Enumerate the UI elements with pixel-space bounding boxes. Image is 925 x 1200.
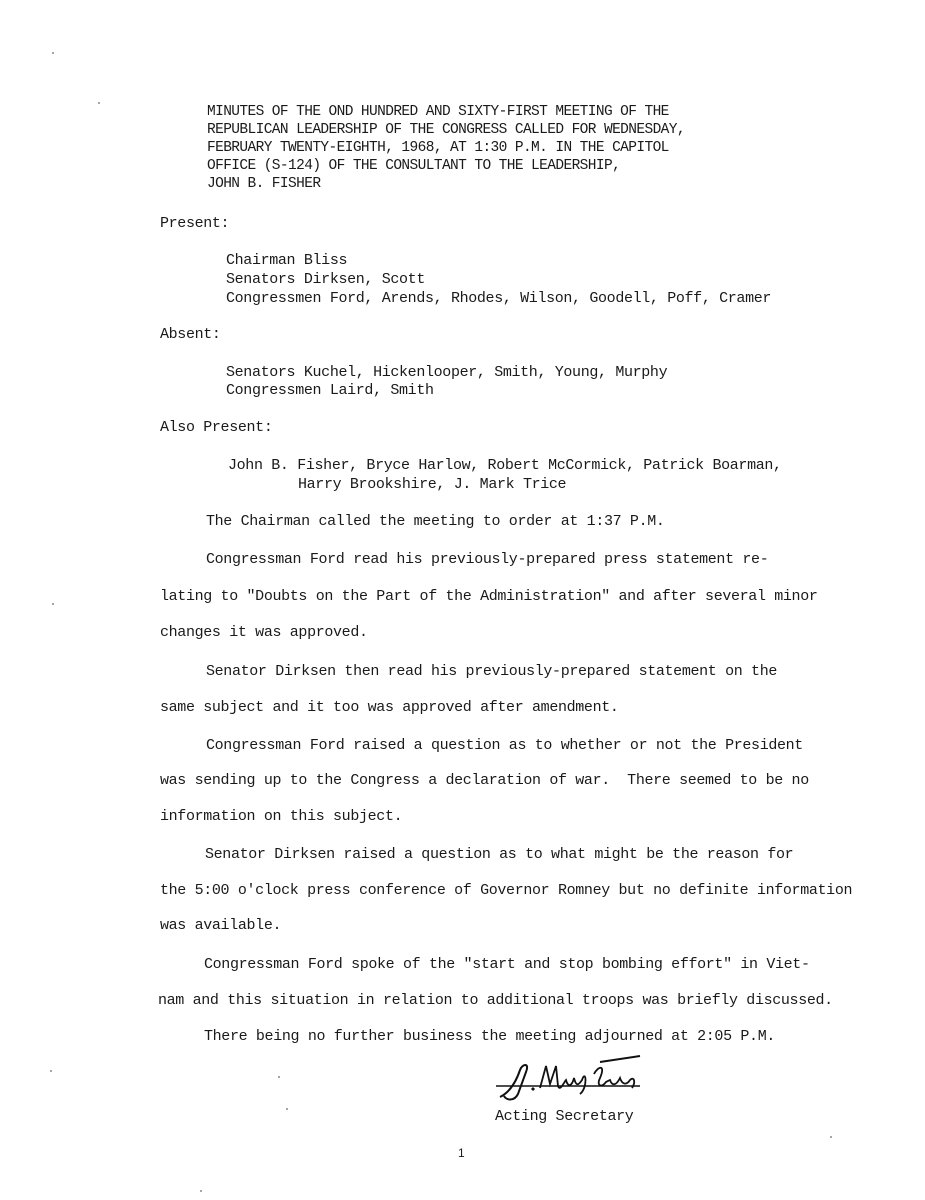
also-present-item: John B. Fisher, Bryce Harlow, Robert McC… [228, 457, 782, 474]
paragraph-adjourn: There being no further business the meet… [204, 1028, 775, 1045]
page-number: 1 [458, 1146, 465, 1160]
scan-speck [286, 1108, 288, 1110]
scan-speck [52, 52, 54, 54]
paragraph-ford-statement-line: changes it was approved. [160, 624, 368, 641]
present-item: Senators Dirksen, Scott [226, 271, 425, 288]
scan-speck [830, 1136, 832, 1138]
absent-label: Absent: [160, 326, 221, 343]
header-line-5: JOHN B. FISHER [207, 176, 320, 193]
signature-title: Acting Secretary [495, 1108, 633, 1125]
paragraph-war-question-line: was sending up to the Congress a declara… [160, 772, 809, 789]
scan-speck [200, 1190, 202, 1192]
scan-speck [278, 1076, 280, 1078]
scan-speck [98, 102, 100, 104]
present-label: Present: [160, 215, 229, 232]
signature-icon [490, 1052, 650, 1112]
paragraph-romney-line: the 5:00 o'clock press conference of Gov… [160, 882, 852, 899]
paragraph-ford-statement-line: lating to "Doubts on the Part of the Adm… [160, 588, 818, 605]
paragraph-vietnam-line: nam and this situation in relation to ad… [158, 992, 833, 1009]
paragraph-dirksen-statement-line: same subject and it too was approved aft… [160, 699, 619, 716]
paragraph-dirksen-statement-line: Senator Dirksen then read his previously… [206, 663, 777, 680]
absent-item: Congressmen Laird, Smith [226, 382, 434, 399]
scan-speck [50, 1070, 52, 1072]
also-present-item: Harry Brookshire, J. Mark Trice [298, 476, 566, 493]
paragraph-war-question-line: Congressman Ford raised a question as to… [206, 737, 803, 754]
paragraph-ford-statement-line: Congressman Ford read his previously-pre… [206, 551, 768, 568]
header-line-1: MINUTES OF THE OND HUNDRED AND SIXTY-FIR… [207, 104, 669, 121]
scan-speck [52, 603, 54, 605]
paragraph-vietnam-line: Congressman Ford spoke of the "start and… [204, 956, 810, 973]
header-line-2: REPUBLICAN LEADERSHIP OF THE CONGRESS CA… [207, 122, 685, 139]
paragraph-call-to-order: The Chairman called the meeting to order… [206, 513, 665, 530]
paragraph-romney-line: Senator Dirksen raised a question as to … [205, 846, 793, 863]
present-item: Chairman Bliss [226, 252, 347, 269]
scan-speck [580, 705, 582, 707]
present-item: Congressmen Ford, Arends, Rhodes, Wilson… [226, 290, 771, 307]
header-line-4: OFFICE (S-124) OF THE CONSULTANT TO THE … [207, 158, 620, 175]
paragraph-war-question-line: information on this subject. [160, 808, 402, 825]
paragraph-romney-line: was available. [160, 917, 281, 934]
also-present-label: Also Present: [160, 419, 272, 436]
absent-item: Senators Kuchel, Hickenlooper, Smith, Yo… [226, 364, 667, 381]
header-line-3: FEBRUARY TWENTY-EIGHTH, 1968, AT 1:30 P.… [207, 140, 669, 157]
